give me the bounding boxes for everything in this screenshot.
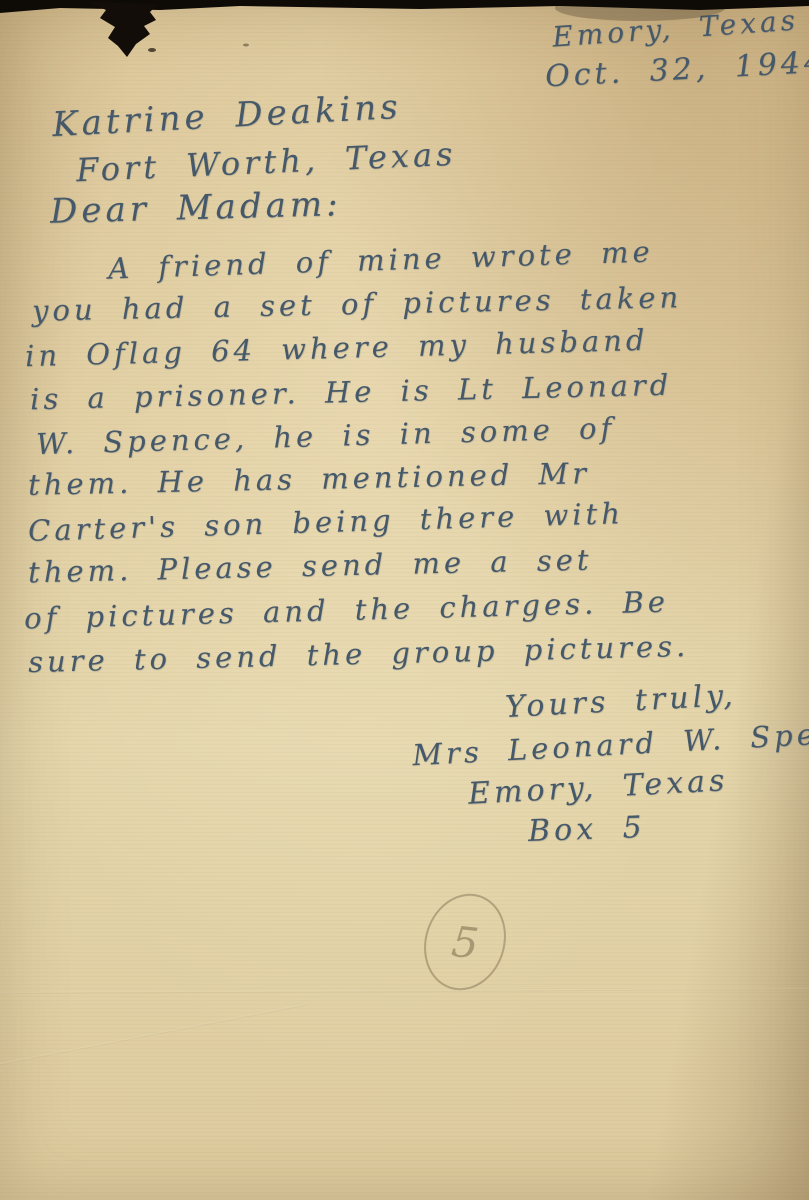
scanned-letter-page: Emory, Texas Oct. 32, 1944 Katrine Deaki… — [0, 0, 809, 1200]
pencil-page-number: 5 — [449, 916, 481, 968]
salutation: Dear Madam: — [50, 184, 342, 232]
closing-box: Box 5 — [527, 810, 646, 849]
